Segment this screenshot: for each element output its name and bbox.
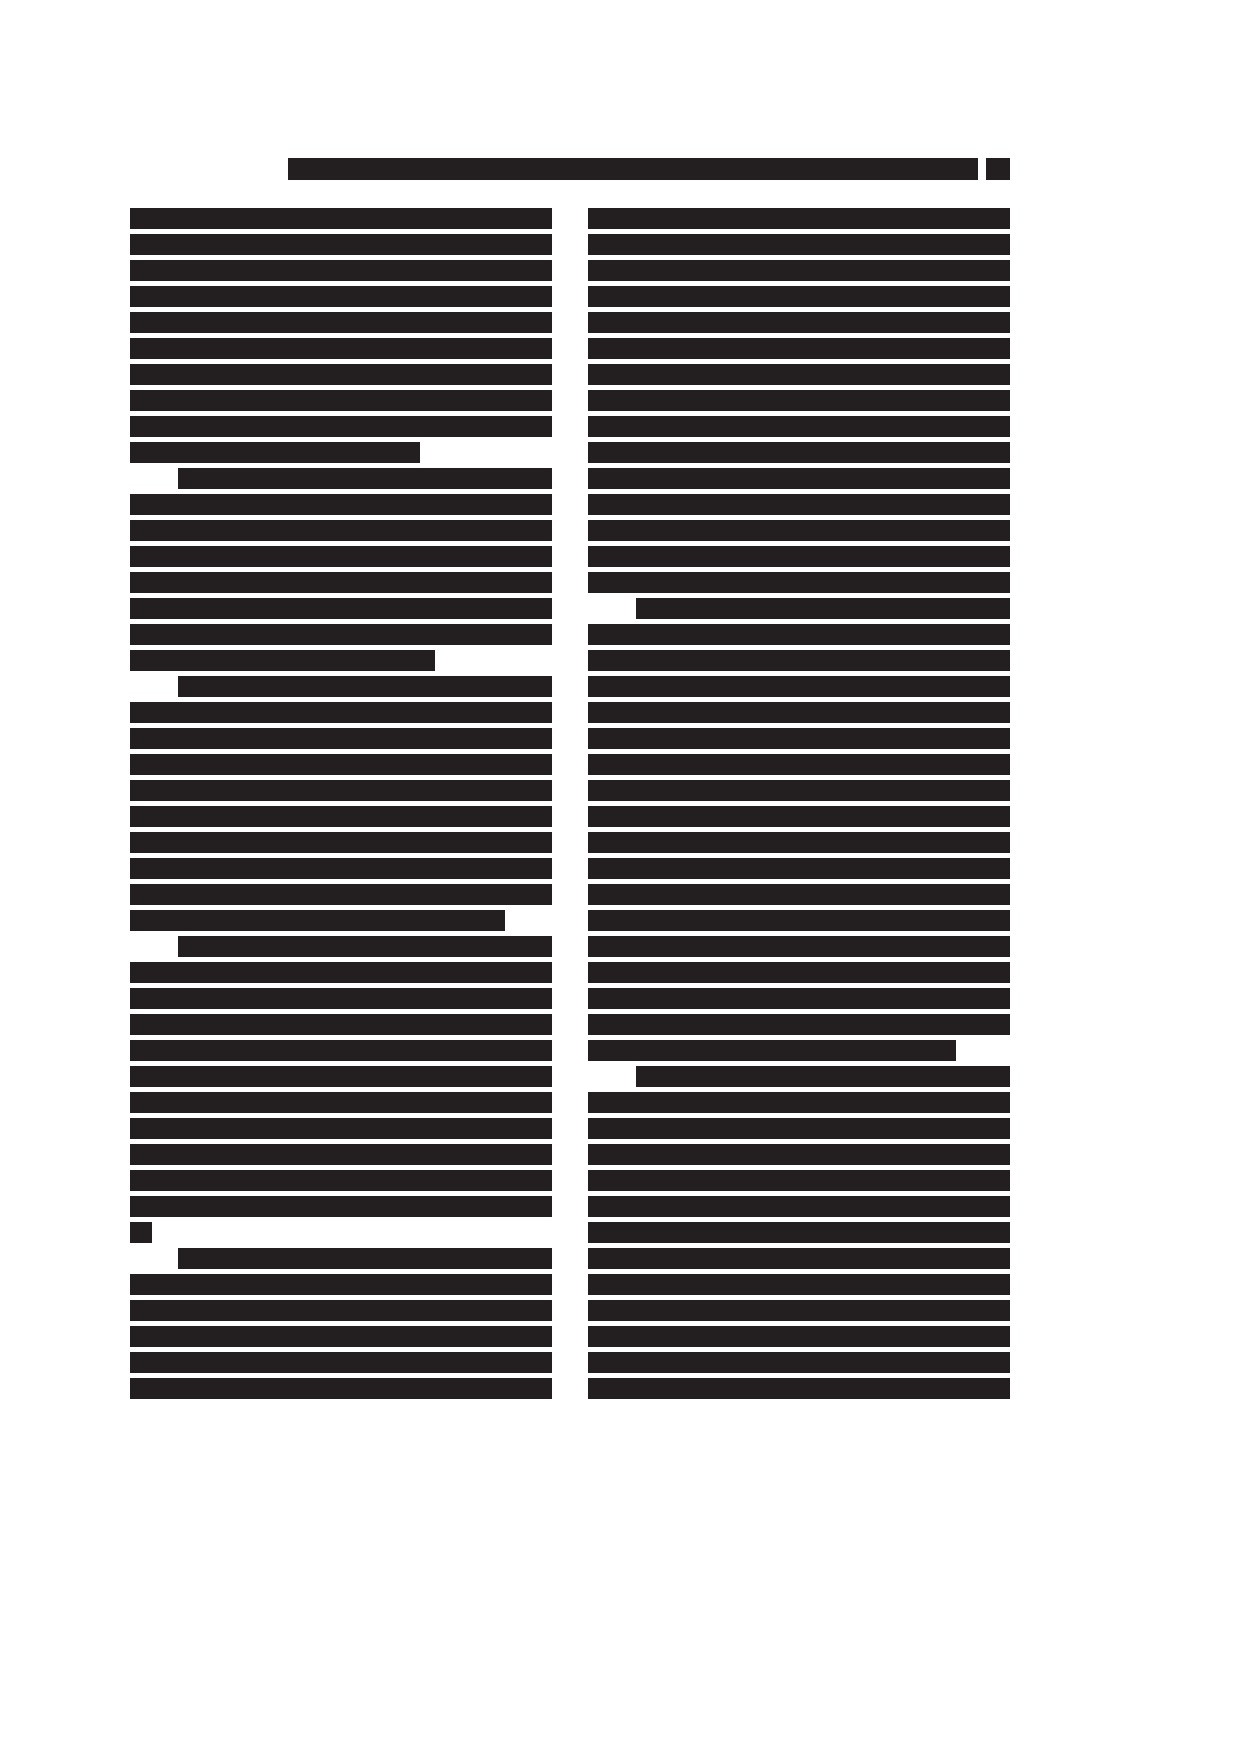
redacted-text-line [130, 546, 552, 567]
redacted-text-line [588, 1352, 1010, 1373]
page-number-redacted [986, 158, 1010, 180]
redacted-text-line [588, 1144, 1010, 1165]
redacted-text-line [588, 286, 1010, 307]
redacted-text-line [130, 702, 552, 723]
redacted-text-line [588, 1300, 1010, 1321]
redacted-text-line [130, 624, 552, 645]
redacted-text-line [130, 1378, 552, 1399]
redacted-text-line [588, 910, 1010, 931]
redacted-text-line [130, 1092, 552, 1113]
redacted-text-line [588, 468, 1010, 489]
redacted-text-line [588, 260, 1010, 281]
redacted-text-line [130, 312, 552, 333]
running-header-redacted [288, 158, 978, 180]
redacted-text-line [130, 1352, 552, 1373]
redacted-text-line [588, 728, 1010, 749]
redacted-text-line [130, 1196, 552, 1217]
redacted-text-line [588, 806, 1010, 827]
redacted-text-line [588, 676, 1010, 697]
redacted-text-line [588, 988, 1010, 1009]
redacted-text-line [130, 832, 552, 853]
redacted-text-line [130, 1300, 552, 1321]
redacted-text-line [588, 1118, 1010, 1139]
redacted-text-line [588, 1092, 1010, 1113]
redacted-text-line [130, 780, 552, 801]
redacted-text-line [588, 1040, 956, 1061]
redacted-text-line [588, 780, 1010, 801]
redacted-text-line [130, 572, 552, 593]
redacted-text-line [636, 1066, 1010, 1087]
redacted-text-line [588, 416, 1010, 437]
redacted-text-line [130, 364, 552, 385]
redacted-text-line [588, 936, 1010, 957]
redacted-text-line [588, 1196, 1010, 1217]
redacted-text-line [588, 364, 1010, 385]
redacted-text-line [130, 260, 552, 281]
redacted-text-line [588, 754, 1010, 775]
document-page: all text redacted/obscured as solid blac… [0, 0, 1240, 1754]
redacted-text-line [130, 1144, 552, 1165]
redacted-text-line [588, 1326, 1010, 1347]
redacted-text-line [130, 1222, 152, 1243]
redacted-text-line [588, 650, 1010, 671]
redacted-text-line [130, 1014, 552, 1035]
redacted-text-line [130, 1274, 552, 1295]
redacted-text-line [130, 1066, 552, 1087]
redacted-text-line [130, 1326, 552, 1347]
redacted-text-line [588, 208, 1010, 229]
left-column [130, 208, 552, 1404]
redacted-text-line [130, 806, 552, 827]
redacted-text-line [178, 468, 552, 489]
redacted-text-line [588, 962, 1010, 983]
redacted-text-line [130, 234, 552, 255]
redacted-text-line [588, 546, 1010, 567]
redacted-text-line [588, 338, 1010, 359]
redacted-text-line [130, 416, 552, 437]
redacted-text-line [178, 1248, 552, 1269]
redacted-text-line [588, 832, 1010, 853]
redacted-text-line [130, 728, 552, 749]
redacted-text-line [130, 338, 552, 359]
redacted-text-line [636, 598, 1010, 619]
redacted-text-line [588, 1274, 1010, 1295]
redacted-text-line [130, 1170, 552, 1191]
redacted-text-line [588, 390, 1010, 411]
redacted-text-line [588, 234, 1010, 255]
redacted-text-line [178, 676, 552, 697]
redacted-text-line [588, 1170, 1010, 1191]
redacted-text-line [588, 1014, 1010, 1035]
redacted-text-line [130, 286, 552, 307]
redacted-text-line [588, 1378, 1010, 1399]
redacted-text-line [588, 572, 1010, 593]
redacted-text-line [588, 312, 1010, 333]
redacted-text-line [130, 962, 552, 983]
redacted-text-line [130, 494, 552, 515]
redacted-text-line [588, 1222, 1010, 1243]
redacted-text-line [130, 1040, 552, 1061]
redacted-text-line [588, 858, 1010, 879]
redacted-text-line [178, 936, 552, 957]
redacted-text-line [588, 702, 1010, 723]
redacted-text-line [130, 858, 552, 879]
redacted-text-line [588, 884, 1010, 905]
redacted-text-line [130, 884, 552, 905]
redacted-text-line [588, 624, 1010, 645]
redacted-text-line [588, 442, 1010, 463]
right-column [588, 208, 1010, 1404]
redacted-text-line [130, 754, 552, 775]
redacted-text-line [130, 520, 552, 541]
running-header [288, 158, 1010, 180]
redacted-text-line [130, 988, 552, 1009]
redacted-text-line [588, 520, 1010, 541]
redacted-text-line [130, 910, 505, 931]
redacted-text-line [130, 1118, 552, 1139]
redacted-text-line [130, 650, 435, 671]
redacted-text-line [130, 208, 552, 229]
redacted-text-line [130, 442, 420, 463]
redacted-text-line [588, 1248, 1010, 1269]
redacted-text-line [130, 598, 552, 619]
redacted-text-line [588, 494, 1010, 515]
redacted-text-line [130, 390, 552, 411]
